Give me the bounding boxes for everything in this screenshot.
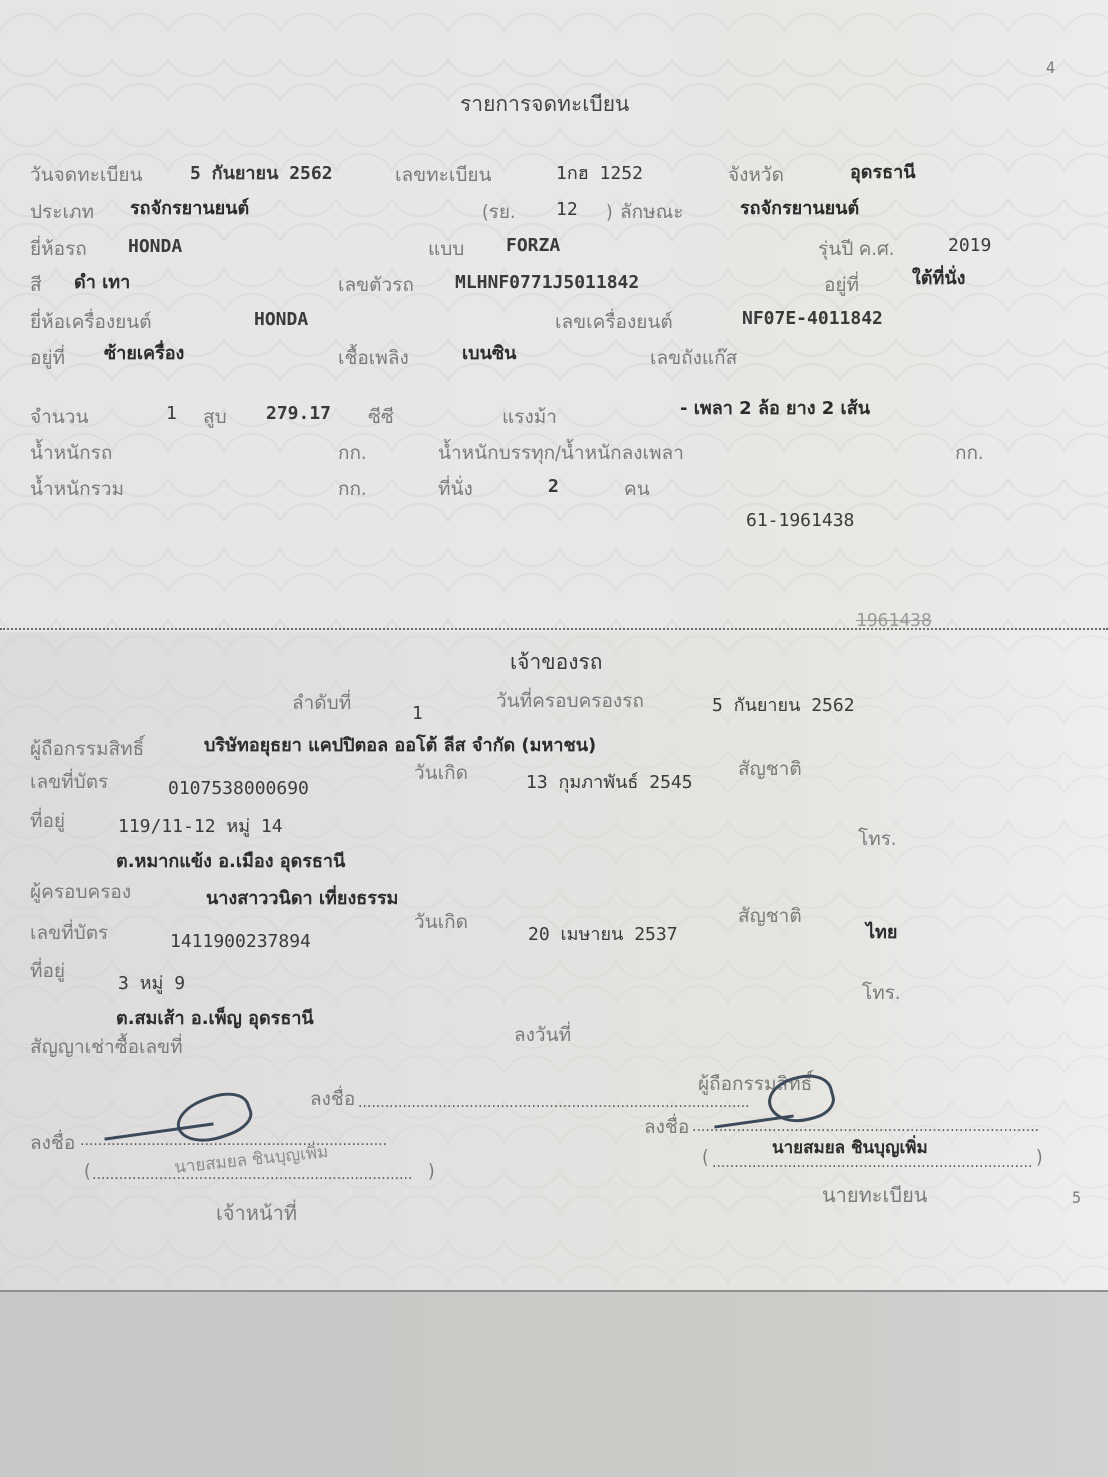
registrar-paren-close: ) [1036, 1148, 1043, 1167]
load-label: น้ำหนักบรรทุก/น้ำหนักลงเพลา [438, 444, 684, 463]
type-label: ประเภท [30, 203, 94, 222]
possessor-name: นางสาววนิดา เที่ยงธรรม [206, 890, 398, 908]
brand: HONDA [128, 238, 182, 256]
cc-value: 279.17 [266, 405, 331, 423]
holder-birth: 13 กุมภาพันธ์ 2545 [526, 774, 693, 792]
holder-sign-label: ลงชื่อ [310, 1090, 355, 1109]
color-label: สี [30, 276, 42, 295]
style-label: ลักษณะ [620, 203, 684, 222]
possess-date-label: วันที่ครอบครองรถ [496, 692, 644, 711]
engine-loc-label: อยู่ที่ [30, 349, 65, 368]
year: 2019 [948, 237, 991, 255]
holder-id: 0107538000690 [168, 780, 309, 798]
possessor-id-label: เลขที่บัตร [30, 924, 108, 943]
engine-brand: HONDA [254, 311, 308, 329]
axles: - เพลา 2 ล้อ ยาง 2 เส้น [680, 400, 870, 418]
reg-date: 5 กันยายน 2562 [190, 165, 333, 183]
page-number-top: 4 [1046, 60, 1055, 76]
possessor-nationality: ไทย [866, 924, 897, 942]
perforation-line [0, 628, 1108, 630]
officer-paren-open: ( [84, 1162, 91, 1181]
holder-id-label: เลขที่บัตร [30, 773, 108, 792]
holder-sign-line: ........................................… [358, 1096, 750, 1110]
holder-name: บริษัทอยุธยา แคปปิตอล ออโต้ ลีส จำกัด (ม… [204, 737, 596, 755]
total-weight-label: น้ำหนักรวม [30, 480, 124, 499]
owner-section-background [0, 632, 1108, 1290]
ry-value: 12 [556, 201, 578, 219]
kg-unit-3: กก. [338, 480, 366, 499]
possess-date: 5 กันยายน 2562 [712, 697, 855, 715]
possessor-label: ผู้ครอบครอง [30, 883, 131, 902]
seats: 2 [548, 478, 559, 496]
color: ดำ เทา [74, 274, 130, 292]
seq: 1 [412, 705, 423, 723]
engine-location: ซ้ายเครื่อง [104, 345, 184, 363]
possessor-birth-label: วันเกิด [414, 913, 468, 932]
model: FORZA [506, 237, 560, 255]
ry-label: (รย. [482, 203, 515, 222]
possessor-birth: 20 เมษายน 2537 [528, 926, 678, 944]
perforation-serial: 1961438 [856, 612, 932, 630]
cylinders: 1 [166, 405, 177, 423]
possessor-addr-label: ที่อยู่ [30, 962, 65, 981]
model-label: แบบ [428, 240, 464, 259]
page-title: รายการจดทะเบียน [460, 94, 629, 115]
registrar-paren-open: ( [702, 1148, 709, 1167]
kg-unit-1: กก. [338, 444, 366, 463]
possessor-address-line2: ต.สมเส้า อ.เพ็ญ อุดรธานี [116, 1010, 314, 1028]
contract-date-label: ลงวันที่ [514, 1026, 571, 1045]
seats-unit: คน [624, 480, 650, 499]
possessor-id: 1411900237894 [170, 933, 311, 951]
holder-birth-label: วันเกิด [414, 764, 468, 783]
officer-name-line: ........................................… [92, 1168, 412, 1182]
cylinder-unit: สูบ [203, 408, 227, 427]
plate: 1กฮ 1252 [556, 165, 643, 183]
fuel-label: เชื้อเพลิง [338, 349, 409, 368]
chassis-label: เลขตัวรถ [338, 276, 414, 295]
brand-label: ยี่ห้อรถ [30, 240, 87, 259]
possessor-nationality-label: สัญชาติ [738, 907, 802, 926]
weight-label: น้ำหนักรถ [30, 444, 112, 463]
fuel: เบนซิน [462, 345, 516, 363]
year-label: รุ่นปี ค.ศ. [818, 240, 894, 259]
chassis-location: ใต้ที่นั่ง [912, 270, 965, 288]
holder-label: ผู้ถือกรรมสิทธิ์ [30, 740, 144, 759]
document-serial: 61-1961438 [746, 512, 854, 530]
cc-unit: ซีซี [368, 408, 394, 427]
contract-label: สัญญาเช่าซื้อเลขที่ [30, 1038, 183, 1057]
plate-label: เลขทะเบียน [395, 166, 492, 185]
reg-date-label: วันจดทะเบียน [30, 166, 143, 185]
officer-title: เจ้าหน้าที่ [216, 1203, 297, 1223]
officer-paren-close: ) [428, 1162, 435, 1181]
registrar-name: นายสมยล ชินบุญเพิ่ม [772, 1140, 928, 1157]
holder-address-line2: ต.หมากแข้ง อ.เมือง อุดรธานี [116, 853, 345, 871]
gas-tank-label: เลขถังแก๊ส [650, 349, 737, 368]
possessor-address-line1: 3 หมู่ 9 [118, 975, 185, 993]
table-surface [0, 1290, 1108, 1477]
province: อุดรธานี [850, 164, 916, 182]
chassis-number: MLHNF0771J5011842 [455, 274, 639, 292]
holder-address-line1: 119/11-12 หมู่ 14 [118, 818, 283, 836]
holder-nationality-label: สัญชาติ [738, 760, 802, 779]
kg-unit-2: กก. [955, 444, 983, 463]
engine-brand-label: ยี่ห้อเครื่องยนต์ [30, 313, 152, 332]
possessor-tel-label: โทร. [862, 984, 900, 1003]
registrar-sign-label: ลงชื่อ [644, 1118, 689, 1137]
holder-tel-label: โทร. [858, 830, 896, 849]
engine-no-label: เลขเครื่องยนต์ [555, 313, 673, 332]
type: รถจักรยานยนต์ [130, 200, 249, 218]
hp-label: แรงม้า [502, 408, 557, 427]
ry-close: ) [606, 203, 613, 222]
registrar-name-line: ........................................… [712, 1156, 1032, 1170]
engine-number: NF07E-4011842 [742, 310, 883, 328]
chassis-loc-label: อยู่ที่ [824, 276, 859, 295]
count-label: จำนวน [30, 408, 88, 427]
seq-label: ลำดับที่ [292, 694, 351, 713]
owner-heading: เจ้าของรถ [510, 652, 603, 673]
page-number-bottom: 5 [1072, 1190, 1081, 1206]
holder-addr-label: ที่อยู่ [30, 812, 65, 831]
province-label: จังหวัด [728, 166, 784, 185]
registrar-title: นายทะเบียน [822, 1185, 927, 1205]
style: รถจักรยานยนต์ [740, 200, 859, 218]
seats-label: ที่นั่ง [438, 480, 473, 499]
officer-sign-label: ลงชื่อ [30, 1134, 75, 1153]
